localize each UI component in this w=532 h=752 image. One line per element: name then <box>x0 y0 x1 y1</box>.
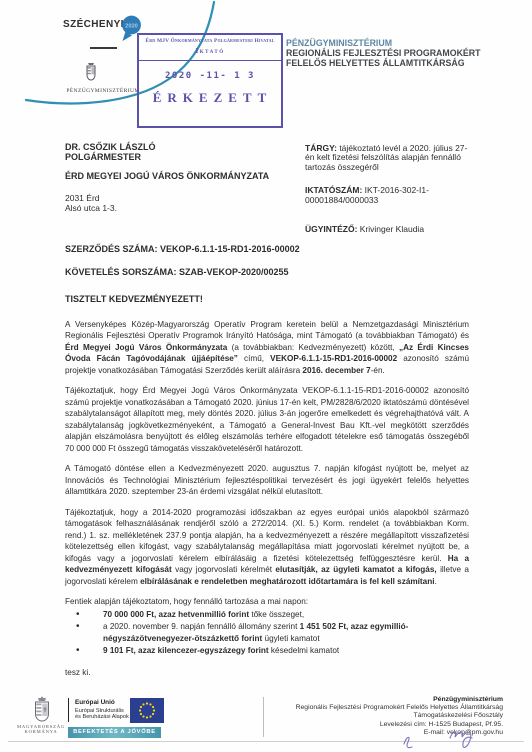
stamp-office-line: Érd MJV Önkormányzata Polgármesteri Hiva… <box>139 38 281 44</box>
contract-number-line: SZERZŐDÉS SZÁMA: VEKOP-6.1.1-15-RD1-2016… <box>65 244 469 256</box>
eu-title: Európai Unió <box>75 699 131 706</box>
contract-number-label: SZERZŐDÉS SZÁMA: <box>65 244 158 254</box>
addressee-org: ÉRD MEGYEI JOGÚ VÁROS ÖNKORMÁNYZATA <box>65 171 285 181</box>
logo-underline <box>90 47 117 49</box>
letter-body: SZERZŐDÉS SZÁMA: VEKOP-6.1.1-15-RD1-2016… <box>65 244 469 678</box>
claim-number-value: SZAB-VEKOP-2020/00255 <box>177 267 289 277</box>
government-label: MAGYARORSZÁG KORMÁNYA <box>10 724 72 735</box>
letterhead: PÉNZÜGYMINISZTÉRIUM REGIONÁLIS FEJLESZTÉ… <box>286 39 496 68</box>
footer-department: Regionális Fejlesztési Programokért Fele… <box>269 704 503 712</box>
debt-list: 70 000 000 Ft, azaz hetvenmillió forint … <box>65 609 469 657</box>
closing-line: tesz ki. <box>65 667 469 679</box>
debt-list-item-transaction-interest: a 2020. november 9. napján fennálló állo… <box>65 621 469 645</box>
contract-number-value: VEKOP-6.1.1-15-RD1-2016-00002 <box>158 244 300 254</box>
handwritten-signature <box>388 722 508 752</box>
registry-number-line: IKTATÓSZÁM: IKT-2016-302-I1-00001884/000… <box>305 186 469 205</box>
addressee-block: DR. CSŐZIK LÁSZLÓ POLGÁRMESTER ÉRD MEGYE… <box>65 142 285 213</box>
addressee-name: DR. CSŐZIK LÁSZLÓ <box>65 142 285 152</box>
stamp-received-label: ÉRKEZETT <box>139 90 281 106</box>
stamp-date: 2020 -11- 1 3 <box>139 71 281 81</box>
debt-list-item-late-interest: 9 101 Ft, azaz kilencezer-egyszázegy for… <box>65 645 469 657</box>
meta-block: TÁRGY: tájékoztató levél a 2020. július … <box>305 144 469 234</box>
case-officer-label: ÜGYINTÉZŐ: <box>305 224 357 234</box>
case-officer-line: ÜGYINTÉZŐ: Krivinger Klaudia <box>305 225 469 234</box>
footer-divider <box>263 697 264 737</box>
eu-block-divider <box>68 698 69 722</box>
government-label-line2: KORMÁNYA <box>10 729 72 734</box>
body-paragraph-3: A Támogató döntése ellen a Kedvezményeze… <box>65 463 469 498</box>
svg-text:2020: 2020 <box>125 23 137 29</box>
received-stamp: Érd MJV Önkormányzata Polgármesteri Hiva… <box>137 33 283 128</box>
investment-banner: BEFEKTETÉS A JÖVŐBE <box>68 727 161 738</box>
eu-flag-icon <box>130 698 164 723</box>
debt-intro-line: Fentiek alapján tájékoztatom, hogy fenná… <box>65 596 469 608</box>
addressee-title: POLGÁRMESTER <box>65 152 285 162</box>
salutation: TISZTELT KEDVEZMÉNYEZETT! <box>65 294 469 306</box>
claim-number-label: KÖVETELÉS SORSZÁMA: <box>65 267 177 277</box>
body-paragraph-1: A Versenyképes Közép-Magyarország Operat… <box>65 319 469 377</box>
hungary-coat-of-arms-icon <box>32 696 52 724</box>
claim-number-line: KÖVETELÉS SORSZÁMA: SZAB-VEKOP-2020/0025… <box>65 267 469 279</box>
addressee-street: Alsó utca 1-3. <box>65 203 285 213</box>
footer-division: Támogatáskezelési Főosztály <box>269 712 503 720</box>
debt-list-item-principal: 70 000 000 Ft, azaz hetvenmillió forint … <box>65 609 469 621</box>
eu-subtitle: Európai Strukturális és Beruházási Alapo… <box>75 708 129 720</box>
addressee-city: 2031 Érd <box>65 193 285 203</box>
body-paragraph-2: Tájékoztatjuk, hogy Érd Megyei Jogú Váro… <box>65 385 469 454</box>
case-officer-text: Krivinger Klaudia <box>357 224 424 234</box>
subject-line: TÁRGY: tájékoztató levél a 2020. július … <box>305 144 469 172</box>
ministry-seal-icon <box>84 62 98 84</box>
stamp-divider <box>139 60 281 61</box>
stamp-registry-label: Iktató <box>139 46 281 55</box>
letter-page: SZÉCHENYI 2020 PÉNZÜGYMINISZTÉRIUM Érd M… <box>0 0 532 752</box>
body-paragraph-4: Tájékoztatjuk, hogy a 2014-2020 programo… <box>65 507 469 588</box>
letterhead-department-line2: FELELŐS HELYETTES ÁLLAMTITKÁRSÁG <box>286 59 496 69</box>
szechenyi-wordmark: SZÉCHENYI <box>63 19 124 30</box>
footer-ministry: Pénzügyminisztérium <box>269 696 503 704</box>
